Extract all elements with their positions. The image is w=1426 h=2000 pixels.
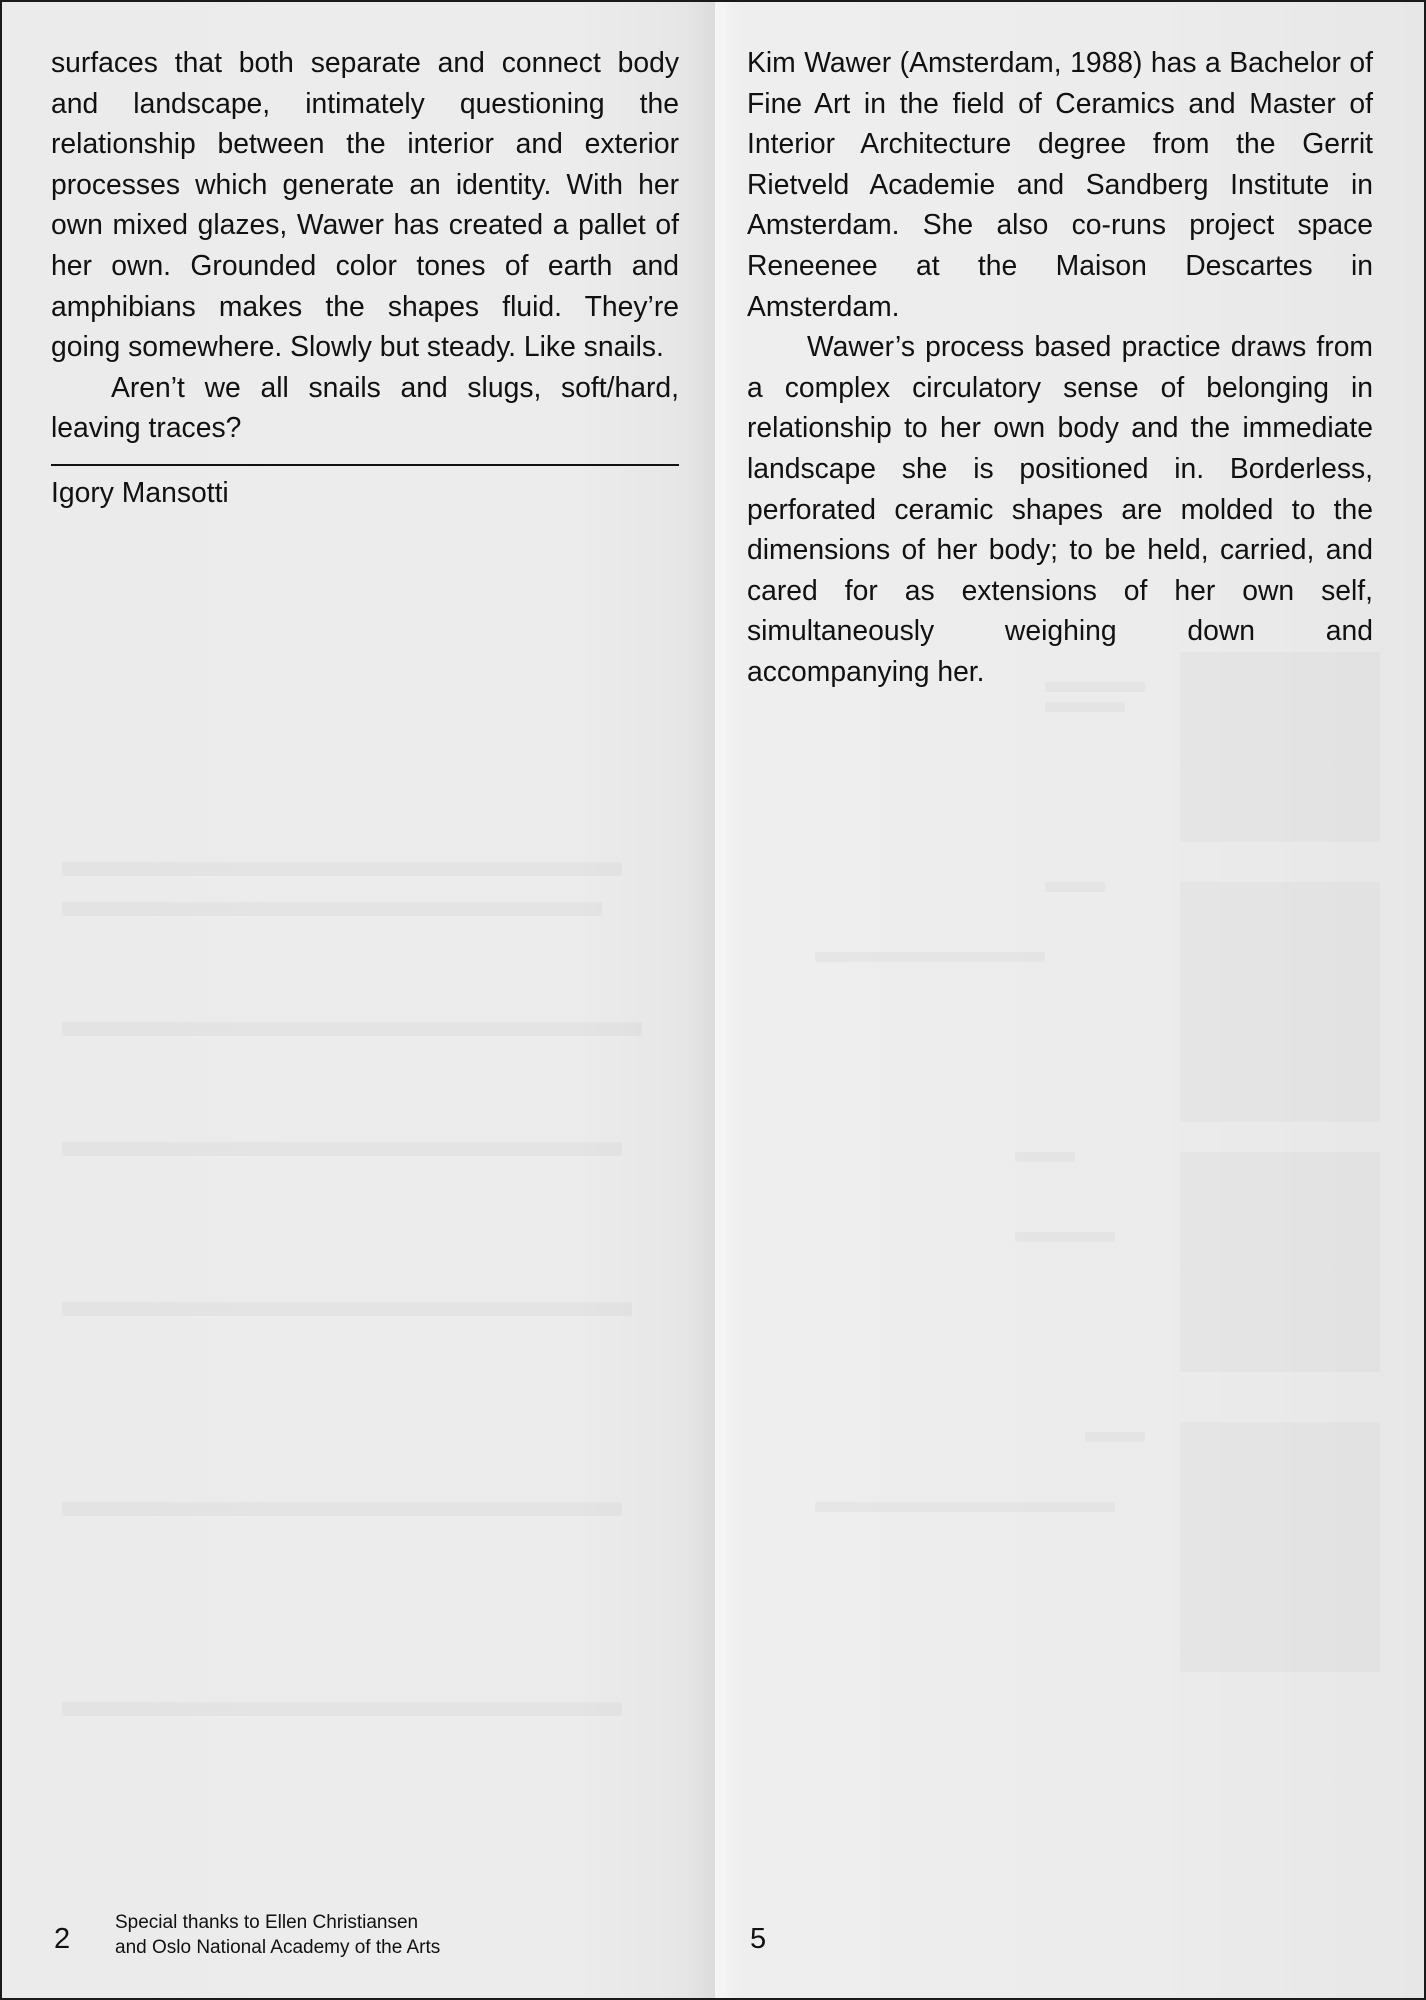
show-through-caption xyxy=(1015,1232,1115,1242)
page-number: 2 xyxy=(54,1923,70,1956)
show-through-caption xyxy=(1045,702,1125,712)
show-through-text xyxy=(62,1702,622,1716)
show-through-text xyxy=(62,862,622,876)
show-through-text xyxy=(62,902,602,916)
show-through-caption xyxy=(1085,1432,1145,1442)
bio-paragraph: Wawer’s process based practice draws fro… xyxy=(747,326,1373,691)
right-page: Kim Wawer (Amsterdam, 1988) has a Bach­e… xyxy=(715,2,1424,1998)
show-through-text xyxy=(62,1302,632,1316)
show-through-caption xyxy=(815,952,1045,962)
show-through-caption xyxy=(815,1502,1115,1512)
show-through-caption xyxy=(1015,1152,1075,1162)
divider-rule xyxy=(51,464,679,466)
bio-paragraph: Kim Wawer (Amsterdam, 1988) has a Bach­e… xyxy=(747,42,1373,326)
page-number: 5 xyxy=(750,1923,766,1956)
show-through-text xyxy=(62,1142,622,1156)
show-through-caption xyxy=(1045,882,1105,892)
acknowledgements: Special thanks to Ellen Christiansen and… xyxy=(115,1910,440,1960)
essay-column: surfaces that both separate and connect … xyxy=(51,42,679,512)
essay-paragraph: Aren’t we all snails and slugs, soft/har… xyxy=(51,367,679,448)
acknowledgement-line: and Oslo National Academy of the Arts xyxy=(115,1935,440,1960)
acknowledgement-line: Special thanks to Ellen Christiansen xyxy=(115,1910,440,1935)
author-byline: Igory Mansotti xyxy=(51,472,679,512)
show-through-text xyxy=(62,1502,622,1516)
left-page: surfaces that both separate and connect … xyxy=(2,2,715,1998)
bio-column: Kim Wawer (Amsterdam, 1988) has a Bach­e… xyxy=(747,42,1373,692)
show-through-image xyxy=(1180,882,1380,1122)
show-through-image xyxy=(1180,1152,1380,1372)
show-through-text xyxy=(62,1022,642,1036)
booklet-spread: surfaces that both separate and connect … xyxy=(2,2,1424,1998)
essay-paragraph: surfaces that both separate and connect … xyxy=(51,42,679,367)
show-through-image xyxy=(1180,1422,1380,1672)
